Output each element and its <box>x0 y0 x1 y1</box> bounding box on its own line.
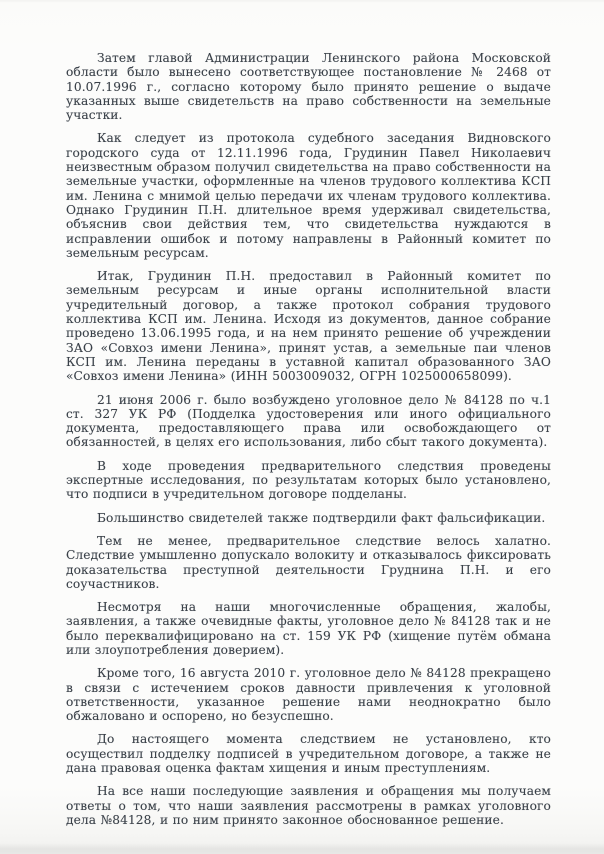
paragraph-negligent-investigation: Тем не менее, предварительное следствие … <box>66 534 551 591</box>
document-text-block: Затем главой Администрации Ленинского ра… <box>66 51 551 827</box>
scan-edge-bottom <box>0 843 604 854</box>
scan-edge-top <box>0 0 604 3</box>
paragraph-case-closed: Кроме того, 16 августа 2010 г. уголовное… <box>66 666 551 723</box>
paragraph-responses: На все наши последующие заявления и обра… <box>66 784 551 827</box>
paragraph-criminal-case-opened: 21 июня 2006 г. было возбуждено уголовно… <box>66 393 551 450</box>
paragraph-forgery-unresolved: До настоящего момента следствием не уста… <box>66 732 551 775</box>
paragraph-resolution-2468: Затем главой Администрации Ленинского ра… <box>66 51 551 122</box>
paragraph-founding-documents: Итак, Грудинин П.Н. предоставил в Районн… <box>66 269 551 383</box>
scanned-document-page: Затем главой Администрации Ленинского ра… <box>0 0 604 854</box>
paragraph-court-protocol: Как следует из протокола судебного засед… <box>66 131 551 260</box>
paragraph-expert-findings: В ходе проведения предварительного следс… <box>66 459 551 502</box>
paragraph-no-requalification: Несмотря на наши многочисленные обращени… <box>66 600 551 657</box>
paragraph-witnesses: Большинство свидетелей также подтвердили… <box>66 511 551 525</box>
